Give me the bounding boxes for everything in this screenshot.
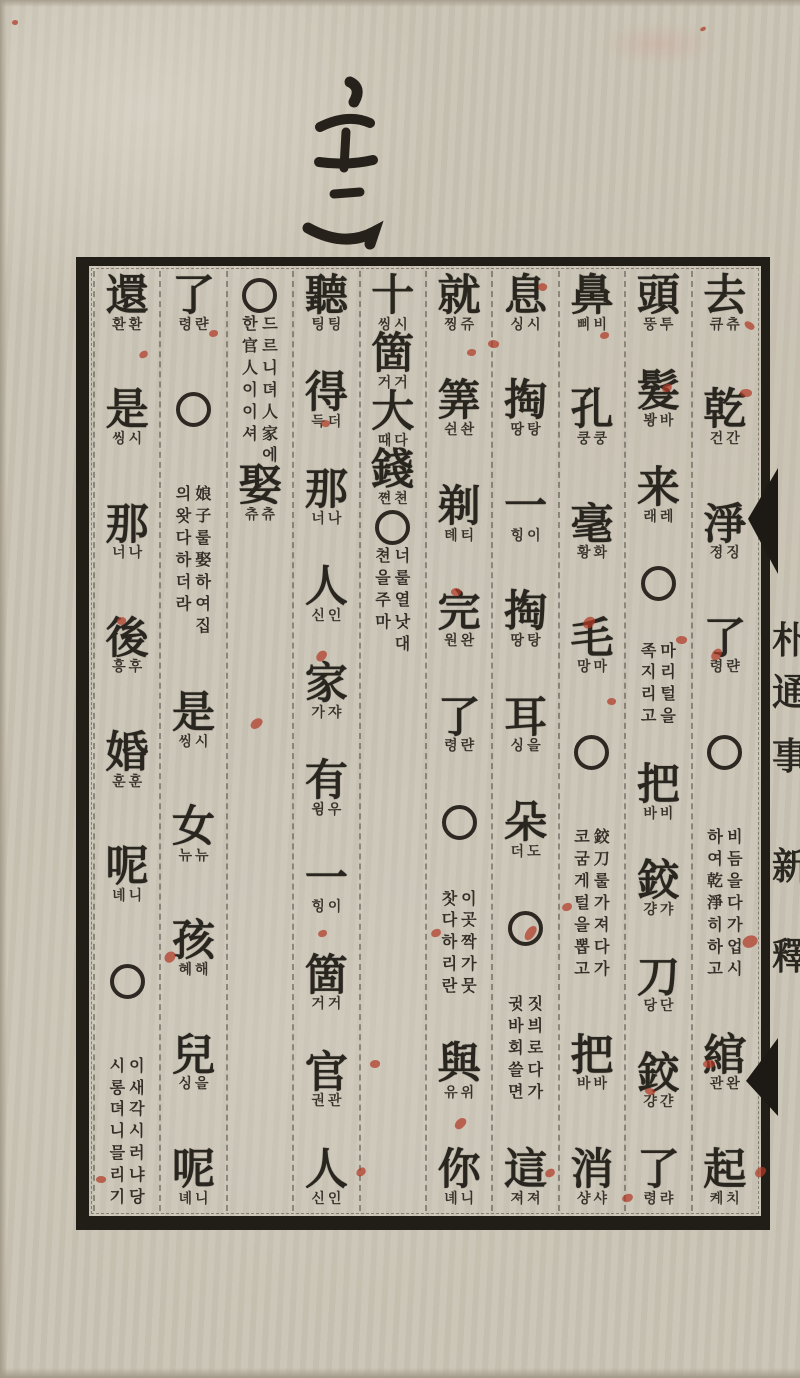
hanzi-char: 髮 bbox=[637, 371, 680, 416]
hanzi-char: 了 bbox=[438, 697, 481, 742]
section-divider-circle bbox=[508, 911, 543, 946]
hangul-gloss-pair: 씽시 bbox=[172, 735, 215, 750]
annotation-left-subcolumn: 의왓다하더라 bbox=[176, 486, 191, 635]
gloss-right: 랸 bbox=[726, 660, 740, 675]
hangul-gloss-pair: 령랸 bbox=[172, 318, 215, 333]
gloss-right: 랸 bbox=[195, 318, 209, 333]
hanzi-with-glosses: 箇거거 bbox=[305, 955, 348, 1013]
hanzi-char: 去 bbox=[703, 275, 746, 320]
annotation-char: 비 bbox=[727, 829, 742, 847]
annotation-char: 하 bbox=[707, 829, 722, 847]
annotation-char: 시 bbox=[727, 961, 742, 979]
hanzi-char: 這 bbox=[504, 1149, 547, 1194]
hanzi-char: 頭 bbox=[637, 275, 680, 320]
gloss-left: 래 bbox=[643, 510, 657, 525]
scanned-book-page: 去큐츄乾건간淨졍징了령랸하여乾淨히하고비듬을다가업시綰관완起켸치頭뚱투髮봥바来래… bbox=[0, 0, 800, 1378]
hanzi-with-glosses: 一힝이 bbox=[504, 486, 547, 544]
hangul-gloss-pair: 관완 bbox=[703, 1077, 746, 1092]
annotation-char: 鉸 bbox=[594, 829, 610, 847]
annotation-char: 가 bbox=[727, 917, 742, 935]
hanzi-with-glosses: 就찡쥬 bbox=[438, 275, 481, 333]
hangul-gloss-pair: 너나 bbox=[305, 512, 348, 527]
gloss-right: 갼 bbox=[660, 1095, 674, 1110]
hanzi-char: 錢 bbox=[371, 449, 414, 494]
hangul-gloss-pair: 녜니 bbox=[438, 1192, 481, 1207]
gloss-left: 힝 bbox=[311, 900, 325, 915]
hangul-gloss-pair: 켸치 bbox=[703, 1192, 746, 1207]
hanzi-with-glosses: 毫황화 bbox=[570, 504, 613, 562]
column-5: 就찡쥬筭쉰솬剃톄티完원완了령랸찻다하리란이곳짝가뭇與유위你녜니 bbox=[425, 271, 491, 1211]
gloss-right: 이 bbox=[527, 529, 541, 544]
annotation-char: 족 bbox=[641, 643, 656, 661]
hanzi-char: 孩 bbox=[172, 920, 215, 965]
hanzi-char: 来 bbox=[637, 467, 680, 512]
hangul-gloss-pair: 쉰솬 bbox=[438, 423, 481, 438]
hangul-gloss-pair: 져져 bbox=[504, 1192, 547, 1207]
korean-annotation: 시롱뎌니믈리기이새각시러냐당 bbox=[110, 1058, 145, 1207]
hanzi-with-glosses: 消샹샤 bbox=[570, 1149, 613, 1207]
annotation-char: 열 bbox=[395, 592, 410, 610]
gloss-right: 티 bbox=[461, 529, 475, 544]
annotation-char: 하 bbox=[442, 934, 457, 952]
gloss-right: 완 bbox=[726, 1077, 740, 1092]
annotation-char: 고 bbox=[641, 708, 656, 726]
hanzi-with-glosses: 孔쿵쿵 bbox=[570, 389, 613, 447]
gloss-left: 황 bbox=[577, 546, 591, 561]
gloss-right: 츄 bbox=[726, 318, 740, 333]
hangul-gloss-pair: 뚱투 bbox=[637, 318, 680, 333]
gloss-left: 뉴 bbox=[179, 849, 193, 864]
brush-stroke-drawing bbox=[282, 70, 412, 260]
gloss-right: 나 bbox=[328, 512, 342, 527]
gloss-right: 을 bbox=[527, 739, 541, 754]
section-divider-circle bbox=[442, 805, 477, 840]
gloss-right: 바 bbox=[660, 414, 674, 429]
spine-title-char: 通 bbox=[772, 662, 800, 716]
hanzi-with-glosses: 你녜니 bbox=[438, 1149, 481, 1207]
gloss-left: 권 bbox=[311, 1094, 325, 1109]
hanzi-with-glosses: 那너나 bbox=[106, 504, 149, 562]
hanzi-char: 呢 bbox=[172, 1149, 215, 1194]
gloss-right: 비 bbox=[660, 807, 674, 822]
gloss-left: 관 bbox=[710, 1077, 724, 1092]
hangul-gloss-pair: 령랴 bbox=[637, 1192, 680, 1207]
hanzi-with-glosses: 後흥후 bbox=[106, 618, 149, 676]
gloss-left: 삐 bbox=[577, 318, 591, 333]
hanzi-with-glosses: 大때다 bbox=[371, 391, 414, 449]
annotation-char: 을 bbox=[375, 570, 390, 588]
hanzi-char: 綰 bbox=[703, 1035, 746, 1080]
gloss-right: 마 bbox=[593, 660, 607, 675]
hanzi-char: 筭 bbox=[438, 380, 481, 425]
hangul-gloss-pair: 더도 bbox=[504, 845, 547, 860]
hanzi-char: 人 bbox=[305, 566, 348, 611]
gloss-right: 징 bbox=[726, 546, 740, 561]
hanzi-with-glosses: 女뉴뉴 bbox=[172, 806, 215, 864]
hangul-gloss-pair: 걍갸 bbox=[637, 903, 680, 918]
hangul-gloss-pair: 쪈쳔 bbox=[371, 492, 414, 507]
annotation-left-subcolumn: 쳔을주마 bbox=[375, 548, 390, 654]
gloss-right: 훈 bbox=[129, 775, 143, 790]
gloss-right: 해 bbox=[195, 963, 209, 978]
hanzi-with-glosses: 髮봥바 bbox=[637, 371, 680, 429]
hangul-gloss-pair: 녜니 bbox=[106, 889, 149, 904]
hangul-gloss-pair: 윙우 bbox=[305, 803, 348, 818]
annotation-char: 가 bbox=[461, 956, 476, 974]
gloss-right: 솬 bbox=[461, 423, 475, 438]
hanzi-char: 乾 bbox=[703, 389, 746, 434]
annotation-char: 하 bbox=[176, 552, 191, 570]
annotation-char: 을 bbox=[660, 708, 675, 726]
gloss-right: 비 bbox=[593, 318, 607, 333]
page-edge-shadow-left bbox=[0, 0, 7, 1378]
gloss-left: 너 bbox=[311, 512, 325, 527]
hanzi-with-glosses: 箇거거 bbox=[371, 333, 414, 391]
hangul-gloss-pair: 령랸 bbox=[438, 739, 481, 754]
gloss-left: 봥 bbox=[643, 414, 657, 429]
hanzi-with-glosses: 兒싱을 bbox=[172, 1035, 215, 1093]
gloss-right: 랴 bbox=[660, 1192, 674, 1207]
hanzi-char: 鉸 bbox=[637, 860, 680, 905]
annotation-char: 굼 bbox=[574, 851, 589, 869]
gloss-right: 쿵 bbox=[593, 432, 607, 447]
column-6: 十씽시箇거거大때다錢쪈쳔쳔을주마너룰열낫대 bbox=[359, 271, 425, 1211]
gloss-left: 훈 bbox=[112, 775, 126, 790]
hanzi-char: 剃 bbox=[438, 486, 481, 531]
annotation-char: 너 bbox=[395, 548, 410, 566]
section-divider-circle bbox=[176, 392, 211, 427]
korean-annotation: 족지리고마리털을 bbox=[641, 643, 676, 727]
hangul-gloss-pair: 원완 bbox=[438, 634, 481, 649]
hanzi-char: 消 bbox=[570, 1149, 613, 1194]
annotation-char: 다 bbox=[176, 530, 191, 548]
annotation-char: 이 bbox=[461, 891, 476, 909]
annotation-char: 셔 bbox=[242, 426, 257, 444]
hanzi-char: 鼻 bbox=[570, 275, 613, 320]
hangul-gloss-pair: 황화 bbox=[570, 546, 613, 561]
gloss-right: 시 bbox=[195, 735, 209, 750]
annotation-char: 각 bbox=[129, 1101, 144, 1119]
annotation-char: 르 bbox=[262, 338, 277, 356]
gloss-left: 쿵 bbox=[577, 432, 591, 447]
korean-annotation: 한官人이이셔드르니뎌人家에 bbox=[242, 316, 278, 465]
gloss-right: 을 bbox=[195, 1077, 209, 1092]
annotation-right-subcolumn: 너룰열낫대 bbox=[395, 548, 410, 654]
annotation-char: 가 bbox=[594, 895, 609, 913]
annotation-char: 쳔 bbox=[375, 548, 390, 566]
gloss-right: 탕 bbox=[527, 423, 541, 438]
annotation-right-subcolumn: 鉸刀룰가져다가 bbox=[594, 829, 610, 978]
annotation-char: 가 bbox=[594, 961, 609, 979]
hanzi-char: 兒 bbox=[172, 1035, 215, 1080]
gloss-right: 니 bbox=[195, 1192, 209, 1207]
hanzi-with-glosses: 刀당단 bbox=[637, 957, 680, 1015]
hanzi-with-glosses: 掏땅탕 bbox=[504, 591, 547, 649]
hanzi-char: 掏 bbox=[504, 380, 547, 425]
hanzi-char: 一 bbox=[504, 486, 547, 531]
gloss-left: 씽 bbox=[112, 432, 126, 447]
annotation-right-subcolumn: 비듬을다가업시 bbox=[727, 829, 742, 978]
annotation-char: 한 bbox=[242, 316, 257, 334]
annotation-char: 여 bbox=[196, 596, 211, 614]
annotation-char: 人 bbox=[262, 404, 278, 422]
hanzi-with-glosses: 是씽시 bbox=[106, 389, 149, 447]
section-divider-circle bbox=[242, 278, 277, 313]
annotation-char: 다 bbox=[594, 939, 609, 957]
hangul-gloss-pair: 힝이 bbox=[305, 900, 348, 915]
hanzi-char: 淨 bbox=[703, 504, 746, 549]
gloss-left: 녜 bbox=[444, 1192, 458, 1207]
gloss-left: 망 bbox=[577, 660, 591, 675]
hangul-gloss-pair: 당단 bbox=[637, 999, 680, 1014]
hanzi-char: 你 bbox=[438, 1149, 481, 1194]
gloss-left: 켸 bbox=[710, 1192, 724, 1207]
annotation-char: 을 bbox=[727, 873, 742, 891]
hanzi-with-glosses: 十씽시 bbox=[371, 275, 414, 333]
gloss-right: 츄 bbox=[261, 508, 275, 523]
gloss-left: 흥 bbox=[112, 660, 126, 675]
annotation-char: 기 bbox=[110, 1189, 125, 1207]
hanzi-char: 完 bbox=[438, 591, 481, 636]
hanzi-with-glosses: 有윙우 bbox=[305, 760, 348, 818]
hangul-gloss-pair: 환환 bbox=[106, 318, 149, 333]
hanzi-char: 就 bbox=[438, 275, 481, 320]
gloss-left: 원 bbox=[444, 634, 458, 649]
gloss-left: 쪈 bbox=[378, 492, 392, 507]
hanzi-with-glosses: 来래레 bbox=[637, 467, 680, 525]
gloss-left: 환 bbox=[112, 318, 126, 333]
gloss-right: 후 bbox=[129, 660, 143, 675]
gloss-right: 환 bbox=[129, 318, 143, 333]
hanzi-with-glosses: 一힝이 bbox=[305, 858, 348, 916]
hanzi-with-glosses: 把바바 bbox=[570, 1035, 613, 1093]
hangul-gloss-pair: 쿵쿵 bbox=[570, 432, 613, 447]
hanzi-with-glosses: 淨졍징 bbox=[703, 504, 746, 562]
gloss-right: 투 bbox=[660, 318, 674, 333]
gloss-right: 탕 bbox=[527, 634, 541, 649]
hanzi-with-glosses: 那너나 bbox=[305, 469, 348, 527]
hanzi-with-glosses: 是씽시 bbox=[172, 692, 215, 750]
annotation-char: 당 bbox=[129, 1189, 144, 1207]
hangul-gloss-pair: 힝이 bbox=[504, 529, 547, 544]
korean-annotation: 귓바회쓸면짓븨로다가 bbox=[508, 996, 543, 1102]
hangul-gloss-pair: 바비 bbox=[637, 807, 680, 822]
hangul-gloss-pair: 가쟈 bbox=[305, 706, 348, 721]
hanzi-char: 大 bbox=[371, 391, 414, 436]
hanzi-with-glosses: 朵더도 bbox=[504, 802, 547, 860]
hangul-gloss-pair: 싱을 bbox=[504, 739, 547, 754]
hangul-gloss-pair: 래레 bbox=[637, 510, 680, 525]
gloss-left: 령 bbox=[643, 1192, 657, 1207]
annotation-char: 져 bbox=[594, 917, 609, 935]
gloss-left: 톄 bbox=[444, 529, 458, 544]
hanzi-char: 那 bbox=[305, 469, 348, 514]
annotation-char: 官 bbox=[242, 338, 258, 356]
annotation-char: 냐 bbox=[129, 1167, 144, 1185]
gloss-left: 걍 bbox=[643, 1095, 657, 1110]
column-4: 息싱시掏땅탕一힝이掏땅탕耳싱을朵더도귓바회쓸면짓븨로다가這져져 bbox=[491, 271, 557, 1211]
hanzi-with-glosses: 起켸치 bbox=[703, 1149, 746, 1207]
gloss-right: 쥬 bbox=[461, 318, 475, 333]
annotation-right-subcolumn: 이곳짝가뭇 bbox=[461, 891, 476, 997]
hangul-gloss-pair: 뉴뉴 bbox=[172, 849, 215, 864]
hanzi-char: 鉸 bbox=[637, 1053, 680, 1098]
annotation-char: 다 bbox=[727, 895, 742, 913]
annotation-char: 믈 bbox=[110, 1145, 125, 1163]
annotation-char: 마 bbox=[660, 643, 675, 661]
hangul-gloss-pair: 신인 bbox=[305, 1192, 348, 1207]
gloss-right: 레 bbox=[660, 510, 674, 525]
gloss-left: 쉰 bbox=[444, 423, 458, 438]
annotation-char: 리 bbox=[641, 686, 656, 704]
gloss-left: 팅 bbox=[311, 318, 325, 333]
hanzi-char: 與 bbox=[438, 1043, 481, 1088]
page-edge-shadow-top bbox=[0, 0, 800, 7]
hanzi-with-glosses: 頭뚱투 bbox=[637, 275, 680, 333]
annotation-char: 룰 bbox=[395, 570, 410, 588]
annotation-char: 하 bbox=[707, 939, 722, 957]
annotation-char: 라 bbox=[176, 596, 191, 614]
hanzi-with-glosses: 鉸걍갸 bbox=[637, 860, 680, 918]
hanzi-with-glosses: 錢쪈쳔 bbox=[371, 449, 414, 507]
gloss-right: 샤 bbox=[593, 1192, 607, 1207]
annotation-right-subcolumn: 娘子룰娶하여집 bbox=[195, 486, 211, 635]
annotation-char: 더 bbox=[176, 574, 191, 592]
annotation-char: 주 bbox=[375, 592, 390, 610]
gloss-left: 땅 bbox=[511, 423, 525, 438]
hanzi-with-glosses: 聽팅팅 bbox=[305, 275, 348, 333]
gloss-left: 유 bbox=[444, 1086, 458, 1101]
annotation-char: 뎌 bbox=[262, 382, 277, 400]
hanzi-char: 家 bbox=[305, 663, 348, 708]
hangul-gloss-pair: 너나 bbox=[106, 546, 149, 561]
annotation-char: 롱 bbox=[110, 1080, 125, 1098]
column-7: 聽팅팅得득더那너나人신인家가쟈有윙우一힝이箇거거官권관人신인 bbox=[292, 271, 358, 1211]
annotation-char: 娘 bbox=[195, 486, 211, 504]
hanzi-with-glosses: 掏땅탕 bbox=[504, 380, 547, 438]
annotation-char: 刀 bbox=[594, 851, 610, 869]
gloss-left: 바 bbox=[577, 1077, 591, 1092]
hanzi-char: 是 bbox=[106, 389, 149, 434]
hanzi-with-glosses: 娶츄츄 bbox=[238, 465, 281, 523]
hanzi-char: 朵 bbox=[504, 802, 547, 847]
hanzi-with-glosses: 家가쟈 bbox=[305, 663, 348, 721]
gloss-left: 힝 bbox=[511, 529, 525, 544]
hangul-gloss-pair: 훈훈 bbox=[106, 775, 149, 790]
hanzi-with-glosses: 筭쉰솬 bbox=[438, 380, 481, 438]
annotation-char: 면 bbox=[508, 1084, 523, 1102]
hanzi-with-glosses: 了령랸 bbox=[172, 275, 215, 333]
hanzi-char: 婚 bbox=[106, 732, 149, 777]
hanzi-char: 起 bbox=[703, 1149, 746, 1194]
gloss-left: 건 bbox=[710, 432, 724, 447]
hangul-gloss-pair: 흥후 bbox=[106, 660, 149, 675]
gloss-right: 완 bbox=[461, 634, 475, 649]
annotation-left-subcolumn: 시롱뎌니믈리기 bbox=[110, 1058, 125, 1207]
hanzi-char: 刀 bbox=[637, 957, 680, 1002]
annotation-char: 찻 bbox=[442, 891, 457, 909]
gloss-right: 시 bbox=[527, 318, 541, 333]
gloss-left: 윙 bbox=[311, 803, 325, 818]
hanzi-with-glosses: 把바비 bbox=[637, 764, 680, 822]
spine-title-char: 釋 bbox=[772, 926, 800, 980]
gloss-right: 쳔 bbox=[394, 492, 408, 507]
annotation-left-subcolumn: 하여乾淨히하고 bbox=[707, 829, 723, 978]
gloss-right: 우 bbox=[328, 803, 342, 818]
annotation-char: 가 bbox=[528, 1084, 543, 1102]
hangul-gloss-pair: 녜니 bbox=[172, 1192, 215, 1207]
annotation-char: 니 bbox=[262, 360, 277, 378]
column-9: 了령랸의왓다하더라娘子룰娶하여집是씽시女뉴뉴孩혜해兒싱을呢녜니 bbox=[159, 271, 225, 1211]
gloss-left: 츄 bbox=[245, 508, 259, 523]
hanzi-with-glosses: 呢녜니 bbox=[172, 1149, 215, 1207]
gloss-right: 인 bbox=[328, 609, 342, 624]
hanzi-with-glosses: 了령랸 bbox=[438, 697, 481, 755]
hanzi-with-glosses: 了령랴 bbox=[637, 1149, 680, 1207]
annotation-char: 룰 bbox=[594, 873, 609, 891]
gloss-left: 녜 bbox=[179, 1192, 193, 1207]
annotation-char: 털 bbox=[660, 686, 675, 704]
annotation-char: 낫 bbox=[395, 614, 410, 632]
gloss-right: 니 bbox=[461, 1192, 475, 1207]
hangul-gloss-pair: 령랸 bbox=[703, 660, 746, 675]
gloss-right: 쟈 bbox=[328, 706, 342, 721]
gloss-right: 인 bbox=[328, 1192, 342, 1207]
spine-title-char: 事 bbox=[772, 726, 800, 780]
korean-annotation: 의왓다하더라娘子룰娶하여집 bbox=[176, 486, 211, 635]
annotation-char: 淨 bbox=[707, 895, 723, 913]
gloss-right: 뉴 bbox=[195, 849, 209, 864]
annotation-char: 뭇 bbox=[461, 978, 476, 996]
annotation-char: 란 bbox=[442, 978, 457, 996]
annotation-char: 시 bbox=[129, 1123, 144, 1141]
hanzi-char: 了 bbox=[637, 1149, 680, 1194]
gloss-left: 신 bbox=[311, 1192, 325, 1207]
annotation-char: 리 bbox=[110, 1167, 125, 1185]
hanzi-with-glosses: 了령랸 bbox=[703, 618, 746, 676]
annotation-char: 을 bbox=[574, 917, 589, 935]
hanzi-char: 有 bbox=[305, 760, 348, 805]
annotation-char: 리 bbox=[660, 664, 675, 682]
annotation-char: 귓 bbox=[508, 996, 523, 1014]
annotation-char: 이 bbox=[242, 404, 257, 422]
annotation-char: 다 bbox=[442, 912, 457, 930]
column-8: 한官人이이셔드르니뎌人家에娶츄츄 bbox=[226, 271, 292, 1211]
section-divider-circle bbox=[110, 964, 145, 999]
gloss-right: 바 bbox=[593, 1077, 607, 1092]
hangul-gloss-pair: 졍징 bbox=[703, 546, 746, 561]
annotation-right-subcolumn: 드르니뎌人家에 bbox=[262, 316, 278, 465]
annotation-char: 이 bbox=[129, 1058, 144, 1076]
hanzi-char: 聽 bbox=[305, 275, 348, 320]
hanzi-char: 息 bbox=[504, 275, 547, 320]
hangul-gloss-pair: 걍갼 bbox=[637, 1095, 680, 1110]
hangul-gloss-pair: 신인 bbox=[305, 609, 348, 624]
hangul-gloss-pair: 싱을 bbox=[172, 1077, 215, 1092]
gloss-right: 관 bbox=[328, 1094, 342, 1109]
hanzi-with-glosses: 婚훈훈 bbox=[106, 732, 149, 790]
hanzi-char: 是 bbox=[172, 692, 215, 737]
annotation-char: 이 bbox=[242, 382, 257, 400]
hanzi-char: 人 bbox=[305, 1149, 348, 1194]
gloss-left: 거 bbox=[311, 997, 325, 1012]
gloss-left: 령 bbox=[179, 318, 193, 333]
gloss-right: 시 bbox=[129, 432, 143, 447]
gloss-left: 혜 bbox=[179, 963, 193, 978]
hanzi-with-glosses: 還환환 bbox=[106, 275, 149, 333]
annotation-char: 털 bbox=[574, 895, 589, 913]
annotation-char: 다 bbox=[528, 1062, 543, 1080]
